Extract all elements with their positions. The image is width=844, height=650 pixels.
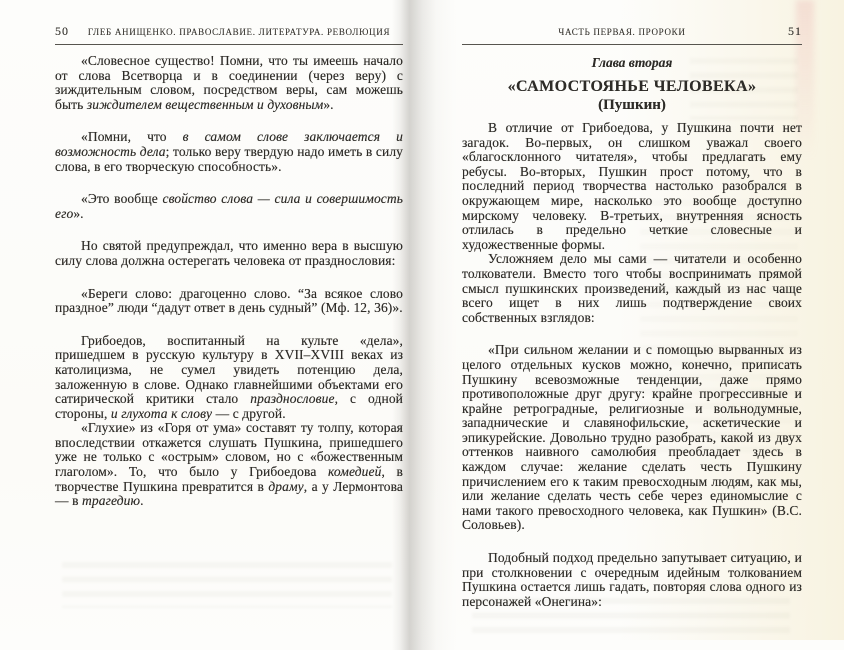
- text-run: «Это вообще: [81, 191, 162, 206]
- left-page: 50 ГЛЕБ АНИЩЕНКО. ПРАВОСЛАВИЕ. ЛИТЕРАТУР…: [55, 24, 403, 509]
- text-run: Усложняем дело мы сами — читатели и особ…: [462, 251, 802, 324]
- text-run: .: [140, 493, 143, 508]
- text-run: — с другой.: [212, 406, 286, 421]
- book-spread: 50 ГЛЕБ АНИЩЕНКО. ПРАВОСЛАВИЕ. ЛИТЕРАТУР…: [0, 0, 844, 650]
- italic-text-run: празднословие: [250, 391, 334, 406]
- text-run: ».: [73, 206, 83, 221]
- italic-text-run: трагедию: [82, 493, 140, 508]
- text-run: Но святой предупреждал, что именно вера …: [55, 238, 403, 268]
- left-page-body: «Словесное существо! Помни, что ты имееш…: [55, 54, 403, 509]
- paragraph: «Береги слово: драгоценно слово. “За вся…: [55, 287, 403, 316]
- italic-text-run: драму: [268, 479, 303, 494]
- paragraph: «Словесное существо! Помни, что ты имееш…: [55, 54, 403, 112]
- left-running-header: 50 ГЛЕБ АНИЩЕНКО. ПРАВОСЛАВИЕ. ЛИТЕРАТУР…: [55, 24, 403, 45]
- right-page-number: 51: [788, 24, 802, 39]
- showthrough-texture: [62, 562, 392, 608]
- paragraph: «При сильном желании и с помощью вырванн…: [462, 343, 802, 533]
- paragraph: «Помни, что в самом слове заключается и …: [55, 130, 403, 174]
- italic-text-run: и глухота к слову: [111, 406, 212, 421]
- right-page: ЧАСТЬ ПЕРВАЯ. ПРОРОКИ 51 Глава вторая «С…: [462, 24, 802, 609]
- book-gutter-shadow: [392, 0, 472, 650]
- chapter-label: Глава вторая: [462, 55, 802, 71]
- text-run: «При сильном желании и с помощью вырванн…: [462, 342, 802, 532]
- paragraph: Усложняем дело мы сами — читатели и особ…: [462, 252, 802, 325]
- italic-text-run: зиждителем вещественным и духовным: [87, 97, 323, 112]
- text-run: Подобный подход предельно запутывает сит…: [462, 550, 802, 609]
- text-run: В отличие от Грибоедова, у Пушкина почти…: [462, 120, 802, 252]
- right-page-body: В отличие от Грибоедова, у Пушкина почти…: [462, 121, 802, 609]
- left-page-number: 50: [55, 24, 69, 39]
- chapter-subtitle: (Пушкин): [462, 97, 802, 114]
- right-running-header: ЧАСТЬ ПЕРВАЯ. ПРОРОКИ 51: [462, 24, 802, 45]
- text-run: «Помни, что: [81, 129, 183, 144]
- paragraph: «Глухие» из «Горя от ума» составят ту то…: [55, 421, 403, 509]
- chapter-title: «САМОСТОЯНЬЕ ЧЕЛОВЕКА»: [462, 78, 802, 96]
- paragraph: Но святой предупреждал, что именно вера …: [55, 239, 403, 268]
- text-run: «Береги слово: драгоценно слово. “За вся…: [55, 286, 403, 316]
- italic-text-run: комедией: [328, 464, 381, 479]
- text-run: ».: [323, 97, 333, 112]
- right-running-header-text: ЧАСТЬ ПЕРВАЯ. ПРОРОКИ: [462, 27, 788, 37]
- paragraph: Подобный подход предельно запутывает сит…: [462, 551, 802, 609]
- left-running-header-text: ГЛЕБ АНИЩЕНКО. ПРАВОСЛАВИЕ. ЛИТЕРАТУРА. …: [69, 27, 403, 37]
- paragraph: В отличие от Грибоедова, у Пушкина почти…: [462, 121, 802, 252]
- paragraph: Грибоедов, воспитанный на культе «дела»,…: [55, 334, 403, 422]
- paragraph: «Это вообще свойство слова — сила и сове…: [55, 192, 403, 221]
